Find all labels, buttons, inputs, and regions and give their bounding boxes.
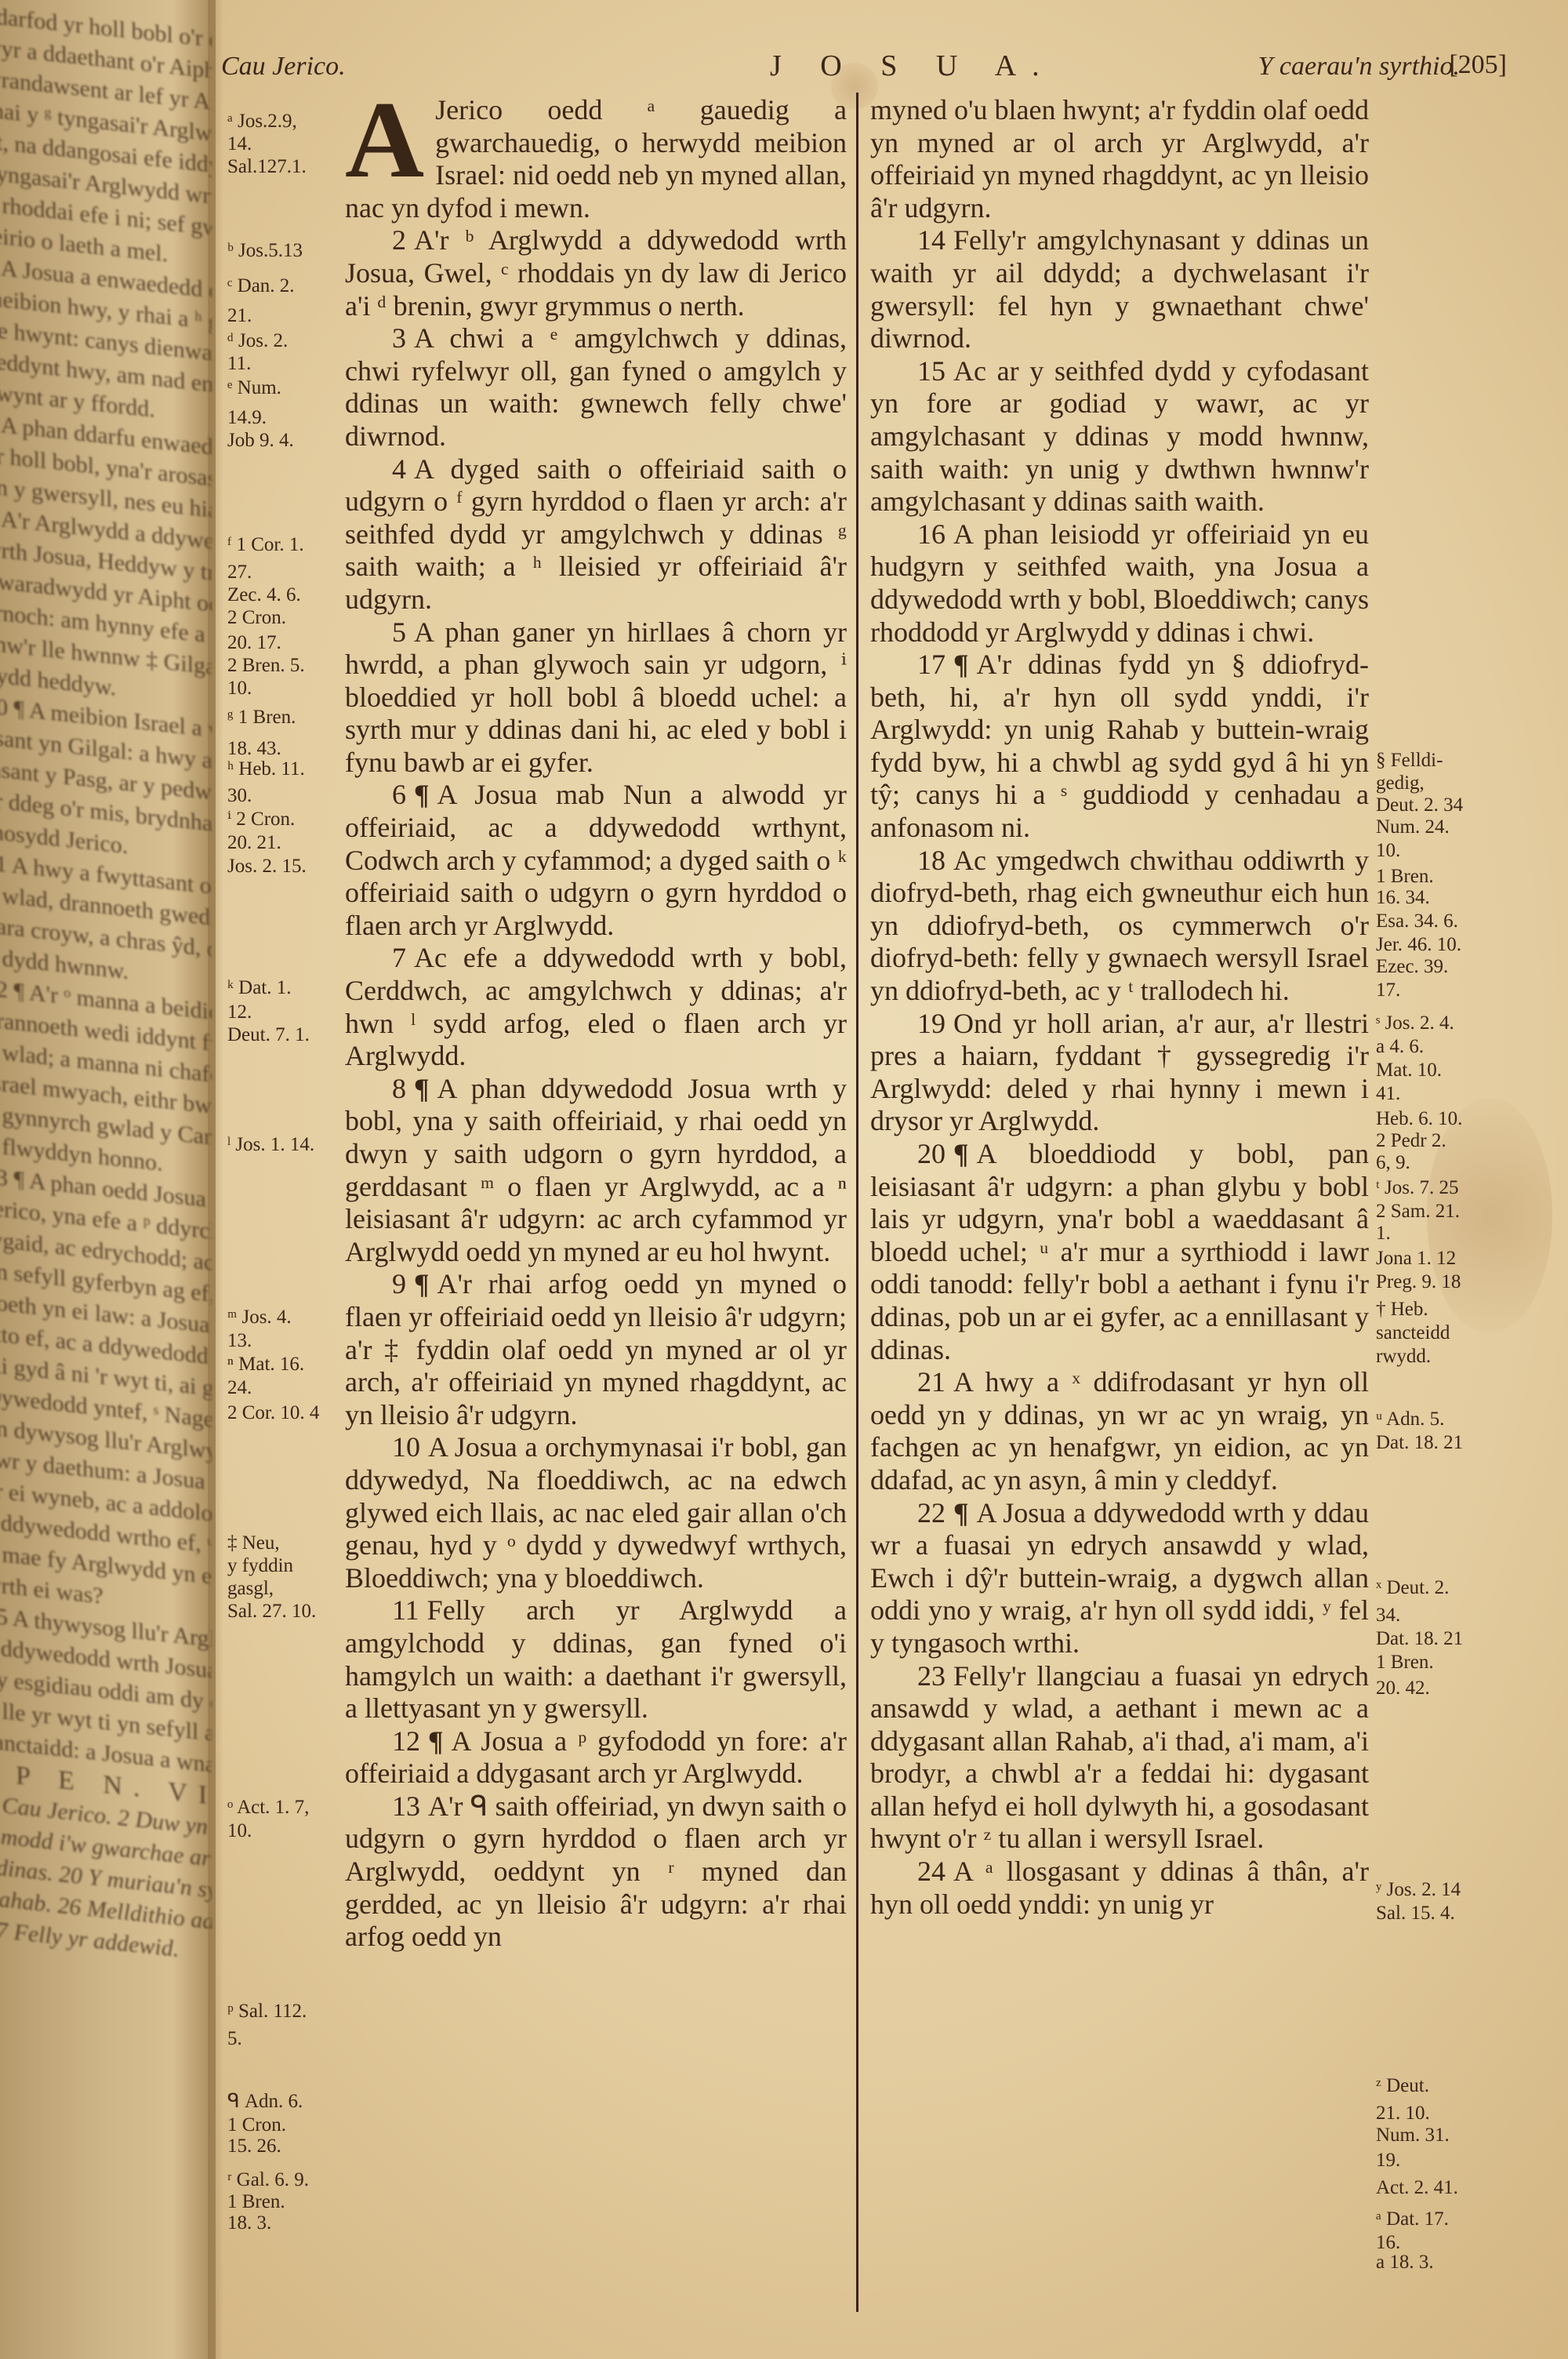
cross-reference-note: 2 Cron. xyxy=(227,606,286,629)
pilcrow-icon: ¶ xyxy=(428,1725,443,1757)
verse-text: Felly arch yr Arglwydd a amgylchodd y dd… xyxy=(345,1594,847,1724)
verse-text: A'r ᑫ saith offeiriad, yn dwyn saith o u… xyxy=(345,1790,847,1952)
cross-reference-note: Jona 1. 12 xyxy=(1376,1247,1456,1270)
pilcrow-icon: ¶ xyxy=(953,649,968,680)
cross-reference-note: 30. xyxy=(227,784,252,807)
cross-reference-note: 21. 10. xyxy=(1376,2102,1430,2125)
cross-reference-note: ᵉ Num. xyxy=(227,376,281,399)
cross-reference-note: 13. xyxy=(227,1329,252,1352)
page-gutter-shadow xyxy=(208,0,223,2359)
verse-number: 5 xyxy=(392,616,406,648)
pilcrow-icon: ¶ xyxy=(414,779,429,810)
cross-reference-note: 20. 17. xyxy=(227,631,281,654)
pilcrow-icon: ¶ xyxy=(953,1497,968,1528)
verse-18: 18Ac ymgedwch chwithau oddiwrth y diofry… xyxy=(870,845,1369,1008)
verse-text: A'r ᵇ Arglwydd a ddywedodd wrth Josua, G… xyxy=(345,224,847,321)
cross-reference-note: y fyddin xyxy=(227,1554,293,1577)
cross-reference-note: Act. 2. 41. xyxy=(1376,2176,1458,2199)
cross-reference-note: Sal. 27. 10. xyxy=(227,1600,316,1623)
verse-number: 8 xyxy=(392,1073,406,1104)
cross-reference-note: ᶻ Deut. xyxy=(1376,2074,1429,2097)
verse-number: 14 xyxy=(917,224,946,256)
cross-reference-note: 1 Cron. xyxy=(227,2114,286,2136)
cross-reference-note: ᵖ Sal. 112. xyxy=(227,2000,307,2023)
cross-reference-note: Mat. 10. xyxy=(1376,1059,1442,1081)
cross-reference-note: 1 Bren. xyxy=(1376,865,1434,888)
cross-reference-note: ᵍ 1 Bren. xyxy=(227,706,296,729)
verse-number: 10 xyxy=(392,1431,420,1463)
verse-23: 23Felly'r llangciau a fuasai yn edrych a… xyxy=(870,1660,1369,1856)
cross-reference-note: sancteidd xyxy=(1376,1321,1450,1344)
verse-20: 20¶A bloeddiodd y bobl, pan leisiasant â… xyxy=(870,1138,1369,1366)
cross-reference-note: 14. xyxy=(227,133,252,155)
verse-number: 19 xyxy=(917,1008,946,1039)
cross-reference-note: ᑫ Adn. 6. xyxy=(227,2090,303,2113)
cross-reference-note: ᵏ Dat. 1. xyxy=(227,976,291,999)
cross-reference-note: Heb. 6. 10. xyxy=(1376,1107,1462,1130)
cross-reference-note: ᵈ Jos. 2. xyxy=(227,329,288,352)
cross-reference-note: ˡ Jos. 1. 14. xyxy=(227,1133,314,1156)
verse-9: 9¶A'r rhai arfog oedd yn myned o flaen y… xyxy=(345,1268,847,1431)
verse-text: A chwi a ᵉ amgylchwch y ddinas, chwi ryf… xyxy=(345,322,847,452)
cross-reference-note: 10. xyxy=(227,677,252,700)
verse-number: 12 xyxy=(392,1725,420,1757)
cross-reference-note: rwydd. xyxy=(1376,1345,1431,1368)
verse-number: 18 xyxy=(917,845,946,876)
verse-24: 24A ᵃ llosgasant y ddinas â thân, a'r hy… xyxy=(870,1856,1369,1921)
cross-reference-note: ʰ Heb. 11. xyxy=(227,758,305,780)
running-head-right: Y caerau'n syrthio. xyxy=(1258,52,1460,82)
verse-4: 4A dyged saith o offeiriaid saith o udgy… xyxy=(345,453,847,616)
cross-reference-note: Job 9. 4. xyxy=(227,429,294,452)
cross-reference-note: ʳ Gal. 6. 9. xyxy=(227,2168,309,2191)
verse-number: 24 xyxy=(917,1856,946,1887)
verse-12: 12¶A Josua a ᵖ gyfododd yn fore: a'r off… xyxy=(345,1725,847,1790)
cross-reference-note: 12. xyxy=(227,1001,252,1023)
cross-reference-note: 20. 42. xyxy=(1376,1677,1430,1699)
cross-reference-note: 2 Sam. 21. xyxy=(1376,1200,1460,1223)
verse-text: Ac efe a ddywedodd wrth y bobl, Cerddwch… xyxy=(345,942,847,1071)
verse-text: A dyged saith o offeiriaid saith o udgyr… xyxy=(345,453,847,615)
pilcrow-icon: ¶ xyxy=(414,1268,429,1299)
cross-reference-note: gedig, xyxy=(1376,772,1425,794)
book-title: J O S U A. xyxy=(770,49,1055,83)
cross-reference-note: 34. xyxy=(1376,1604,1400,1627)
cross-reference-note: 6, 9. xyxy=(1376,1151,1410,1174)
cross-reference-note: ᵃ Dat. 17. xyxy=(1376,2208,1449,2230)
verse-21: 21A hwy a ˣ ddifrodasant yr hyn oll oedd… xyxy=(870,1366,1369,1496)
verse-3: 3A chwi a ᵉ amgylchwch y ddinas, chwi ry… xyxy=(345,322,847,453)
cross-reference-note: Num. 31. xyxy=(1376,2124,1450,2146)
verse-16: 16A phan leisiodd yr offeiriaid yn eu hu… xyxy=(870,518,1369,649)
verse-number: 16 xyxy=(917,518,946,550)
cross-reference-note: ˢ Jos. 2. 4. xyxy=(1376,1012,1454,1034)
cross-reference-note: 1 Bren. xyxy=(1376,1651,1434,1674)
verse-number: 11 xyxy=(392,1594,419,1626)
cross-reference-note: 14.9. xyxy=(227,406,267,429)
cross-reference-note: a 18. 3. xyxy=(1376,2251,1434,2274)
cross-reference-note: ᵐ Jos. 4. xyxy=(227,1306,292,1329)
text-column-left: A Jerico oedd ᵃ gauedig a gwarchauedig, … xyxy=(345,94,847,1954)
cross-reference-note: 5. xyxy=(227,2027,242,2050)
verse-8: 8¶A phan ddywedodd Josua wrth y bobl, yn… xyxy=(345,1073,847,1269)
cross-reference-note: 24. xyxy=(227,1376,252,1399)
cross-reference-note: ⁿ Mat. 16. xyxy=(227,1353,304,1376)
verse-number: 9 xyxy=(392,1268,406,1299)
facing-page-text: ddarfod yr holl bobl o'r dynion wyr a dd… xyxy=(0,0,212,1968)
verse-text: A Josua a ᵖ gyfododd yn fore: a'r offeir… xyxy=(345,1725,847,1790)
verse-13-continued: myned o'u blaen hwynt; a'r fyddin olaf o… xyxy=(870,94,1369,224)
verse-13: 13A'r ᑫ saith offeiriad, yn dwyn saith o… xyxy=(345,1790,847,1954)
verse-number: 23 xyxy=(917,1660,946,1692)
cross-reference-note: Preg. 9. 18 xyxy=(1376,1270,1461,1293)
verse-number: 13 xyxy=(392,1790,420,1822)
cross-reference-note: a 4. 6. xyxy=(1376,1035,1424,1058)
verse-text: A bloeddiodd y bobl, pan leisiasant â'r … xyxy=(870,1138,1369,1365)
cross-reference-note: ⁱ 2 Cron. xyxy=(227,808,295,831)
cross-reference-note: 17. xyxy=(1376,979,1400,1001)
cross-reference-note: ᵃ Jos.2.9, xyxy=(227,110,297,133)
cross-reference-note: ᵒ Act. 1. 7, xyxy=(227,1796,309,1819)
verse-1: A Jerico oedd ᵃ gauedig a gwarchauedig, … xyxy=(345,94,847,224)
cross-reference-note: ˣ Deut. 2. xyxy=(1376,1576,1449,1599)
verse-17: 17¶A'r ddinas fydd yn § ddiofryd-beth, h… xyxy=(870,649,1369,845)
drop-cap: A xyxy=(345,97,424,184)
verse-number: 3 xyxy=(392,322,406,354)
cross-reference-note: ‡ Neu, xyxy=(227,1532,280,1554)
verse-text: A phan ganer yn hirllaes â chorn yr hwrd… xyxy=(345,616,847,778)
verse-22: 22¶A Josua a ddywedodd wrth y ddau wr a … xyxy=(870,1497,1369,1660)
cross-reference-note: Deut. 2. 34 xyxy=(1376,794,1463,816)
pilcrow-icon: ¶ xyxy=(953,1138,968,1169)
cross-reference-note: Jos. 2. 15. xyxy=(227,855,307,878)
verse-number: 7 xyxy=(392,942,406,973)
verse-text: A Josua a orchymynasai i'r bobl, gan ddy… xyxy=(345,1431,847,1593)
cross-reference-note: Jer. 46. 10. xyxy=(1376,933,1461,956)
cross-reference-note: Deut. 7. 1. xyxy=(227,1023,310,1046)
cross-reference-note: 15. 26. xyxy=(227,2135,281,2157)
verse-number: 17 xyxy=(917,649,946,680)
verse-5: 5A phan ganer yn hirllaes â chorn yr hwr… xyxy=(345,616,847,780)
cross-reference-note: 2 Pedr 2. xyxy=(1376,1129,1446,1152)
page-number: [205] xyxy=(1449,50,1507,80)
verse-number: 21 xyxy=(917,1366,946,1398)
cross-reference-note: 2 Cor. 10. 4 xyxy=(227,1401,319,1424)
cross-reference-note: Ezec. 39. xyxy=(1376,955,1448,978)
verse-14: 14Felly'r amgylchynasant y ddinas un wai… xyxy=(870,224,1369,354)
cross-reference-note: gasgl, xyxy=(227,1577,274,1600)
cross-reference-note: 10. xyxy=(227,1819,252,1842)
facing-page-fragment: ddarfod yr holl bobl o'r dynion wyr a dd… xyxy=(0,0,216,2359)
cross-reference-note: 41. xyxy=(1376,1082,1400,1105)
cross-reference-note: 18. 3. xyxy=(227,2212,271,2234)
cross-reference-note: Dat. 18. 21 xyxy=(1376,1627,1463,1650)
verse-11: 11Felly arch yr Arglwydd a amgylchodd y … xyxy=(345,1594,847,1725)
cross-reference-note: 19. xyxy=(1376,2149,1400,2172)
cross-reference-note: 16. 34. xyxy=(1376,886,1430,909)
book-page: ddarfod yr holl bobl o'r dynion wyr a dd… xyxy=(0,0,1568,2359)
verse-number: 4 xyxy=(392,453,406,485)
cross-reference-note: 11. xyxy=(227,352,251,375)
cross-reference-note: 1 Bren. xyxy=(227,2190,285,2213)
cross-reference-note: 10. xyxy=(1376,839,1400,862)
verse-15: 15Ac ar y seithfed dydd y cyfodasant yn … xyxy=(870,355,1369,518)
cross-reference-note: 18. 43. xyxy=(227,737,281,760)
cross-reference-note: 20. 21. xyxy=(227,831,281,854)
verse-number: 20 xyxy=(917,1138,946,1169)
column-rule xyxy=(856,93,858,2312)
cross-reference-note: Dat. 18. 21 xyxy=(1376,1431,1463,1454)
text-column-right: myned o'u blaen hwynt; a'r fyddin olaf o… xyxy=(870,94,1369,1921)
cross-reference-note: 21. xyxy=(227,304,252,327)
cross-reference-note: ᵘ Adn. 5. xyxy=(1376,1408,1444,1430)
cross-reference-note: ᵇ Jos.5.13 xyxy=(227,239,303,262)
verse-2: 2A'r ᵇ Arglwydd a ddywedodd wrth Josua, … xyxy=(345,224,847,322)
verse-number: 22 xyxy=(917,1497,946,1528)
verse-19: 19Ond yr holl arian, a'r aur, a'r llestr… xyxy=(870,1008,1369,1138)
verse-number: 2 xyxy=(392,224,406,256)
cross-reference-note: ʸ Jos. 2. 14 xyxy=(1376,1878,1461,1901)
verse-6: 6¶A Josua mab Nun a alwodd yr offeiriaid… xyxy=(345,779,847,942)
verse-number: 6 xyxy=(392,779,406,810)
verse-10: 10A Josua a orchymynasai i'r bobl, gan d… xyxy=(345,1431,847,1594)
cross-reference-note: 2 Bren. 5. xyxy=(227,654,305,677)
pilcrow-icon: ¶ xyxy=(414,1073,429,1104)
running-head-left: Cau Jerico. xyxy=(221,52,346,82)
cross-reference-note: Sal. 15. 4. xyxy=(1376,1902,1455,1925)
cross-reference-note: Num. 24. xyxy=(1376,816,1450,838)
cross-reference-note: 1. xyxy=(1376,1222,1391,1245)
cross-reference-note: ᶠ 1 Cor. 1. xyxy=(227,533,304,556)
cross-reference-note: 27. xyxy=(227,561,252,583)
cross-reference-note: Zec. 4. 6. xyxy=(227,583,301,606)
cross-reference-note: ᶜ Dan. 2. xyxy=(227,274,295,297)
verse-7: 7Ac efe a ddywedodd wrth y bobl, Cerddwc… xyxy=(345,942,847,1072)
verse-number: 15 xyxy=(917,355,946,387)
cross-reference-note: Sal.127.1. xyxy=(227,155,307,178)
cross-reference-note: § Felldi- xyxy=(1376,749,1443,772)
verse-text: myned o'u blaen hwynt; a'r fyddin olaf o… xyxy=(870,94,1369,224)
cross-reference-note: Esa. 34. 6. xyxy=(1376,910,1458,932)
cross-reference-note: † Heb. xyxy=(1376,1298,1428,1321)
cross-reference-note: ᵗ Jos. 7. 25 xyxy=(1376,1176,1459,1199)
